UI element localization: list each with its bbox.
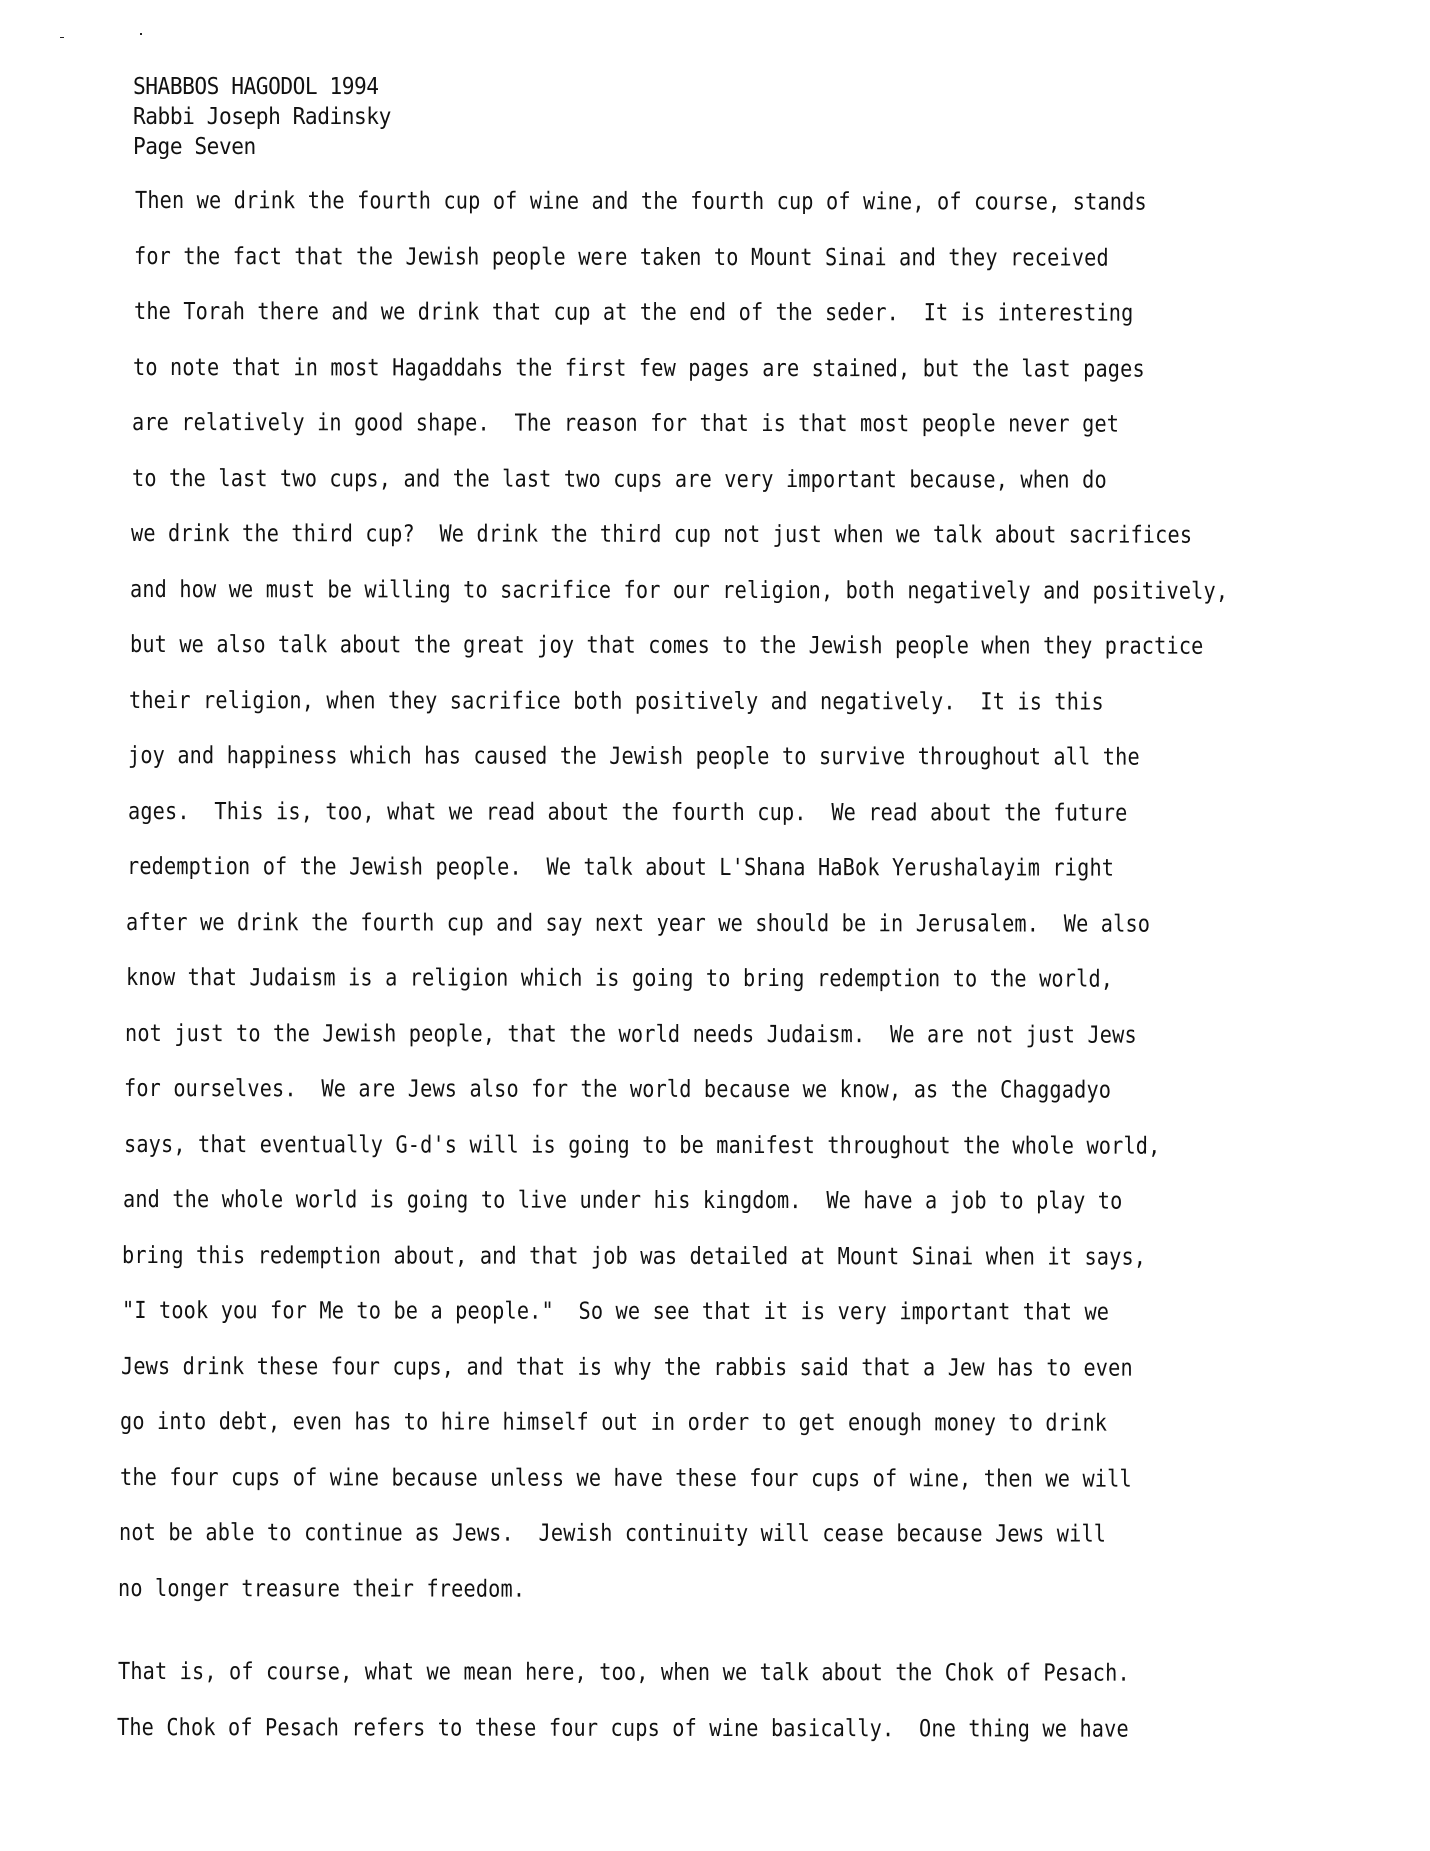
- document-header: SHABBOS HAGODOL 1994 Rabbi Joseph Radins…: [133, 72, 391, 162]
- text-line: after we drink the fourth cup and say ne…: [126, 908, 1150, 938]
- text-line: The Chok of Pesach refers to these four …: [117, 1713, 1129, 1743]
- text-line: go into debt, even has to hire himself o…: [120, 1407, 1107, 1437]
- text-line: and how we must be willing to sacrifice …: [130, 575, 1228, 605]
- text-line: and the whole world is going to live und…: [123, 1185, 1123, 1215]
- text-line: Jews drink these four cups, and that is …: [121, 1352, 1133, 1382]
- header-page: Page Seven: [133, 132, 391, 162]
- text-line: to note that in most Hagaddahs the first…: [133, 353, 1145, 383]
- text-line: Then we drink the fourth cup of wine and…: [135, 186, 1147, 216]
- text-line: ages. This is, too, what we read about t…: [128, 797, 1128, 827]
- header-author: Rabbi Joseph Radinsky: [133, 102, 391, 132]
- text-line: for the fact that the Jewish people were…: [134, 242, 1109, 272]
- text-line: not be able to continue as Jews. Jewish …: [119, 1518, 1106, 1548]
- text-line: to the last two cups, and the last two c…: [132, 464, 1107, 494]
- text-line: not just to the Jewish people, that the …: [125, 1019, 1137, 1049]
- text-line: are relatively in good shape. The reason…: [132, 408, 1119, 438]
- text-line: bring this redemption about, and that jo…: [122, 1241, 1146, 1271]
- text-line: "I took you for Me to be a people." So w…: [122, 1296, 1109, 1326]
- text-line: but we also talk about the great joy tha…: [130, 630, 1204, 660]
- text-line: for ourselves. We are Jews also for the …: [124, 1074, 1111, 1104]
- document-page: SHABBOS HAGODOL 1994 Rabbi Joseph Radins…: [0, 0, 1430, 1851]
- scan-speck: [140, 33, 142, 35]
- header-title: SHABBOS HAGODOL 1994: [133, 72, 391, 102]
- text-line: redemption of the Jewish people. We talk…: [127, 852, 1114, 882]
- text-line: we drink the third cup? We drink the thi…: [131, 519, 1192, 549]
- text-line: That is, of course, what we mean here, t…: [118, 1657, 1130, 1687]
- text-line: no longer treasure their freedom.: [118, 1574, 525, 1603]
- text-line: joy and happiness which has caused the J…: [128, 741, 1140, 771]
- scan-speck: [60, 37, 64, 38]
- text-line: the Torah there and we drink that cup at…: [134, 297, 1134, 327]
- text-line: know that Judaism is a religion which is…: [126, 963, 1113, 993]
- text-line: their religion, when they sacrifice both…: [129, 686, 1104, 716]
- text-line: says, that eventually G-d's will is goin…: [124, 1130, 1161, 1160]
- text-line: the four cups of wine because unless we …: [120, 1463, 1132, 1493]
